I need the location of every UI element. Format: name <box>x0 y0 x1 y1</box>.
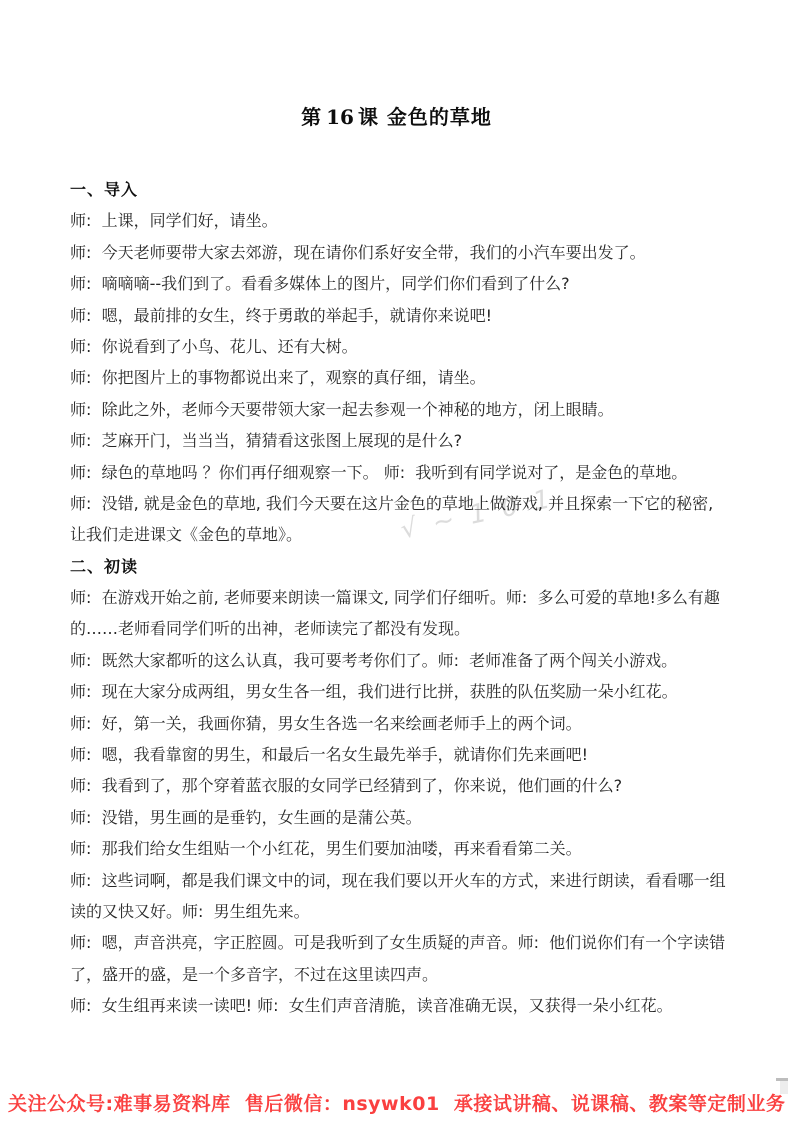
script-line: 师: 嗯，我看靠窗的男生，和最后一名女生最先举手，就请你们先来画吧! <box>70 739 740 770</box>
script-line: 师: 既然大家都听的这么认真，我可要考考你们了。师: 老师准备了两个闯关小游戏。 <box>70 645 740 676</box>
title-lesson-number: 16 <box>326 105 354 129</box>
script-line: 师: 没错, 就是金色的草地, 我们今天要在这片金色的草地上做游戏, 并且探索一… <box>70 488 740 519</box>
script-line: 师: 你说看到了小鸟、花儿、还有大树。 <box>70 331 740 362</box>
script-line: 师: 这些词啊，都是我们课文中的词，现在我们要以开火车的方式，来进行朗读，看看哪… <box>70 865 740 896</box>
promo-footer: 关注公众号:难事易资料库 售后微信：nsywk01 承接试讲稿、说课稿、教案等定… <box>8 1089 793 1116</box>
script-line: 师: 绿色的草地吗 ？你们再仔细观察一下。 师: 我听到有同学说对了，是金色的草… <box>70 457 740 488</box>
title-prefix: 第 <box>301 105 322 129</box>
script-line-continuation: 读的又快又好。师: 男生组先来。 <box>70 896 740 927</box>
script-line: 师: 嗯，最前排的女生，终于勇敢的举起手，就请你来说吧! <box>70 300 740 331</box>
section-heading-intro: 一、导入 <box>70 174 740 205</box>
title-suffix: 课 金色的草地 <box>358 105 492 129</box>
script-line: 师: 现在大家分成两组，男女生各一组，我们进行比拼，获胜的队伍奖励一朵小红花。 <box>70 676 740 707</box>
script-line-continuation: 的……老师看同学们听的出神，老师读完了都没有发现。 <box>70 613 740 644</box>
script-line: 师: 没错，男生画的是垂钓，女生画的是蒲公英。 <box>70 802 740 833</box>
script-line-continuation: 让我们走进课文《金色的草地》。 <box>70 519 740 550</box>
script-line: 师: 女生组再来读一读吧! 师: 女生们声音清脆，读音准确无误，又获得一朵小红花… <box>70 990 740 1021</box>
document-title: 第16课 金色的草地 <box>0 101 793 130</box>
script-line: 师: 嗯，声音洪亮，字正腔圆。可是我听到了女生质疑的声音。师: 他们说你们有一个… <box>70 927 740 958</box>
lesson-script-body: 一、导入 师: 上课，同学们好，请坐。 师: 今天老师要带大家去郊游，现在请你们… <box>70 174 740 1022</box>
script-line: 师: 在游戏开始之前, 老师要来朗读一篇课文, 同学们仔细听。师: 多么可爱的草… <box>70 582 740 613</box>
script-line: 师: 好，第一关，我画你猜，男女生各选一名来绘画老师手上的两个词。 <box>70 708 740 739</box>
script-line-continuation: 了，盛开的盛，是一个多音字，不过在这里读四声。 <box>70 959 740 990</box>
script-line: 师: 你把图片上的事物都说出来了，观察的真仔细，请坐。 <box>70 362 740 393</box>
script-line: 师: 上课，同学们好，请坐。 <box>70 205 740 236</box>
script-line: 师: 嘀嘀嘀--我们到了。看看多媒体上的图片，同学们你们看到了什么? <box>70 268 740 299</box>
document-page: 第16课 金色的草地 √~101 一、导入 师: 上课，同学们好，请坐。 师: … <box>0 0 793 1122</box>
script-line: 师: 今天老师要带大家去郊游，现在请你们系好安全带，我们的小汽车要出发了。 <box>70 237 740 268</box>
script-line: 师: 除此之外，老师今天要带领大家一起去参观一个神秘的地方，闭上眼睛。 <box>70 394 740 425</box>
section-heading-first-read: 二、初读 <box>70 551 740 582</box>
script-line: 师: 那我们给女生组贴一个小红花，男生们要加油喽，再来看看第二关。 <box>70 833 740 864</box>
script-line: 师: 芝麻开门，当当当，猜猜看这张图上展现的是什么? <box>70 425 740 456</box>
script-line: 师: 我看到了，那个穿着蓝衣服的女同学已经猜到了，你来说，他们画的什么? <box>70 770 740 801</box>
